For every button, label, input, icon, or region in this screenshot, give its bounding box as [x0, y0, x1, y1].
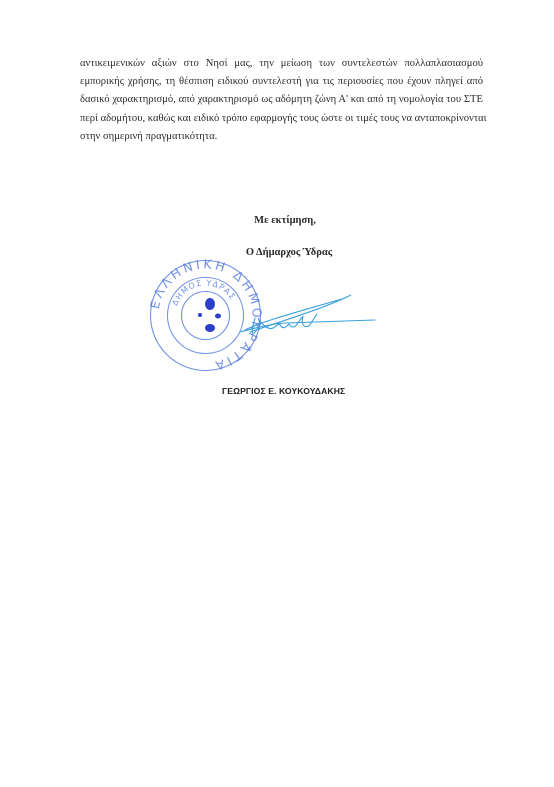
body-line: εμπορικής χρήσης, τη θέσπιση ειδικού συν…: [80, 73, 483, 91]
body-line: αντικειμενικών αξιών στο Νησί μας, την μ…: [80, 55, 483, 73]
closing-greeting: Με εκτίμηση,: [8, 215, 554, 226]
signature-icon: [225, 290, 385, 340]
document-page: αντικειμενικών αξιών στο Νησί μας, την μ…: [0, 0, 554, 787]
svg-text:✳: ✳: [246, 345, 253, 354]
body-paragraph: αντικειμενικών αξιών στο Νησί μας, την μ…: [80, 55, 483, 146]
signer-role: Ο Δήμαρχος Ύδρας: [12, 247, 554, 258]
body-line: δασικό χαρακτηρισμό, από χαρακτηρισμό ως…: [80, 91, 483, 109]
body-line: περί αδομήτου, καθώς και ειδικό τρόπο εφ…: [80, 110, 483, 128]
body-line: στην σημερινή πραγματικότητα.: [80, 128, 483, 146]
signer-name: ΓΕΩΡΓΙΟΣ Ε. ΚΟΥΚΟΥΔΑΚΗΣ: [222, 386, 345, 396]
